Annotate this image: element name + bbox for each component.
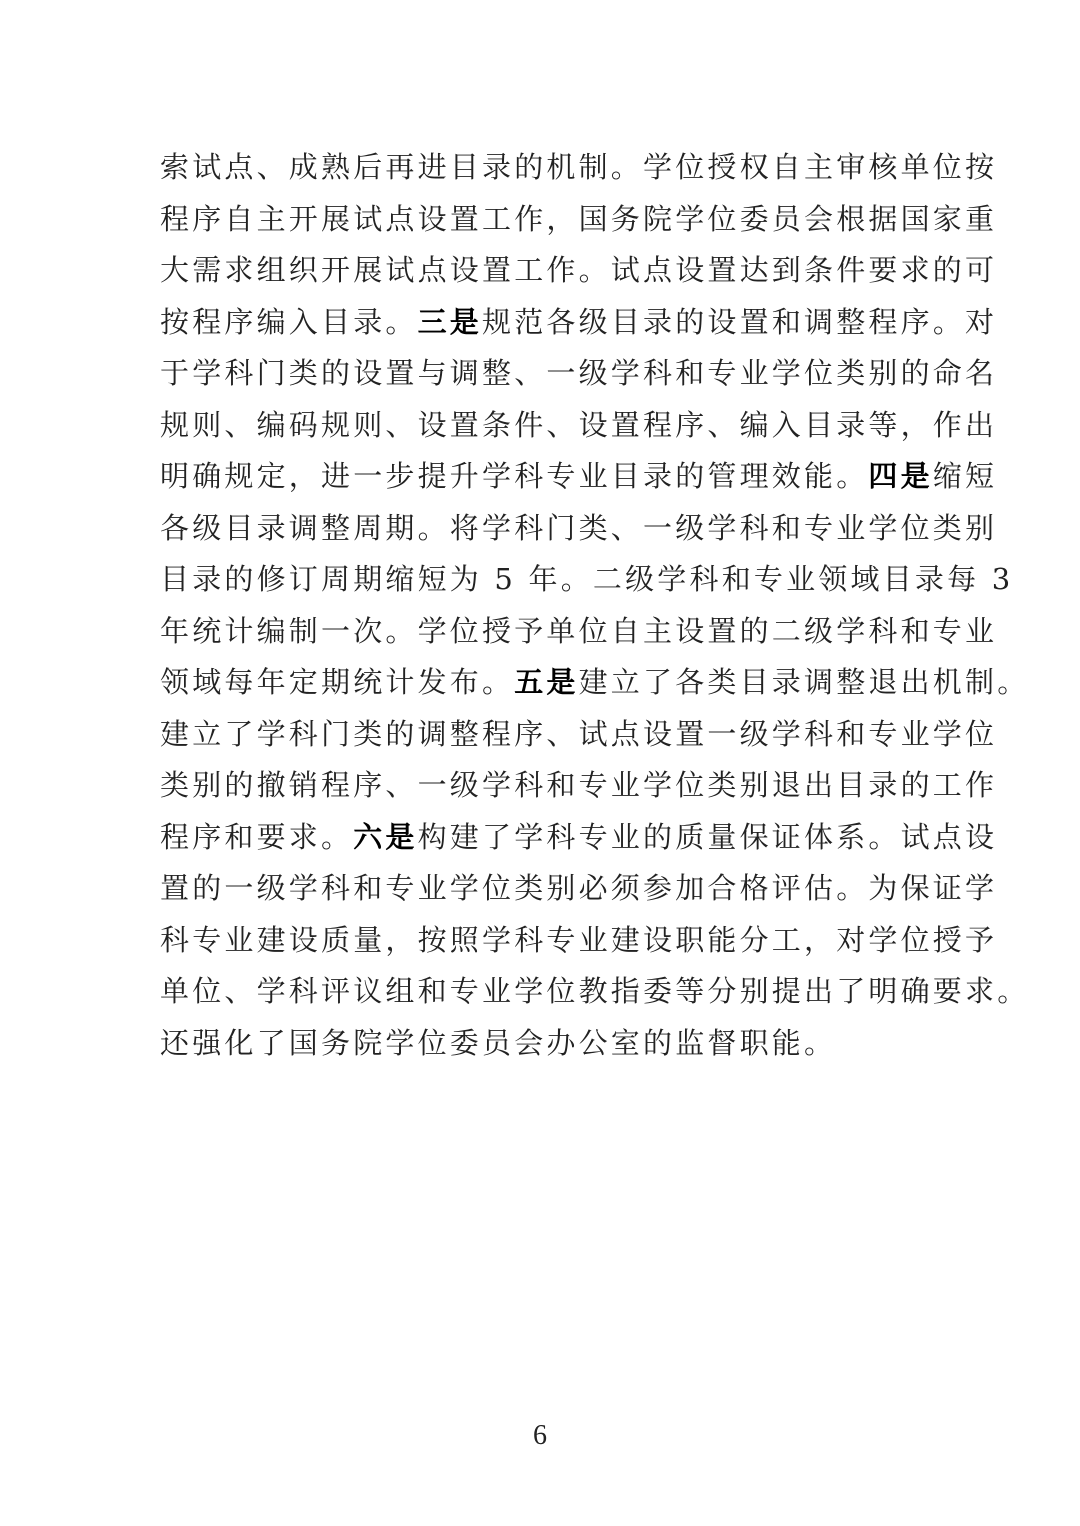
text-line: 科专业建设质量，按照学科专业建设职能分工，对学位授予 — [160, 915, 920, 967]
body-text: 索试点、成熟后再进目录的机制。学位授权自主审核单位按程序自主开展试点设置工作，国… — [160, 142, 920, 1069]
text-line: 年统计编制一次。学位授予单位自主设置的二级学科和专业 — [160, 606, 920, 658]
text-line: 各级目录调整周期。将学科门类、一级学科和专业学位类别 — [160, 503, 920, 555]
text-segment: 领域每年定期统计发布。 — [160, 665, 514, 699]
text-line: 类别的撤销程序、一级学科和专业学位类别退出目录的工作 — [160, 760, 920, 812]
bold-lead-phrase: 四是 — [868, 459, 932, 493]
text-line: 置的一级学科和专业学位类别必须参加合格评估。为保证学 — [160, 863, 920, 915]
text-line: 还强化了国务院学位委员会办公室的监督职能。 — [160, 1018, 920, 1070]
text-segment: 程序自主开展试点设置工作，国务院学位委员会根据国家重 — [160, 202, 997, 236]
bold-lead-phrase: 五是 — [514, 665, 578, 699]
text-segment: 单位、学科评议组和专业学位教指委等分别提出了明确要求。 — [160, 974, 1029, 1008]
text-line: 单位、学科评议组和专业学位教指委等分别提出了明确要求。 — [160, 966, 920, 1018]
text-line: 程序自主开展试点设置工作，国务院学位委员会根据国家重 — [160, 194, 920, 246]
text-line: 规则、编码规则、设置条件、设置程序、编入目录等，作出 — [160, 400, 920, 452]
text-line: 建立了学科门类的调整程序、试点设置一级学科和专业学位 — [160, 709, 920, 761]
text-segment: 规则、编码规则、设置条件、设置程序、编入目录等，作出 — [160, 408, 997, 442]
text-segment: 各级目录调整周期。将学科门类、一级学科和专业学位类别 — [160, 511, 997, 545]
text-segment: 程序和要求。 — [160, 820, 353, 854]
text-segment: 明确规定，进一步提升学科专业目录的管理效能。 — [160, 459, 868, 493]
text-segment: 置的一级学科和专业学位类别必须参加合格评估。为保证学 — [160, 871, 997, 905]
text-line: 按程序编入目录。三是规范各级目录的设置和调整程序。对 — [160, 297, 920, 349]
text-segment: 类别的撤销程序、一级学科和专业学位类别退出目录的工作 — [160, 768, 997, 802]
page-number: 6 — [0, 1420, 1080, 1452]
bold-lead-phrase: 三是 — [418, 305, 482, 339]
text-line: 领域每年定期统计发布。五是建立了各类目录调整退出机制。 — [160, 657, 920, 709]
text-segment: 索试点、成熟后再进目录的机制。学位授权自主审核单位按 — [160, 150, 997, 184]
text-segment: 建立了学科门类的调整程序、试点设置一级学科和专业学位 — [160, 717, 997, 751]
text-line: 索试点、成熟后再进目录的机制。学位授权自主审核单位按 — [160, 142, 920, 194]
bold-lead-phrase: 六是 — [353, 820, 417, 854]
text-segment: 大需求组织开展试点设置工作。试点设置达到条件要求的可 — [160, 253, 997, 287]
text-segment: 建立了各类目录调整退出机制。 — [579, 665, 1030, 699]
text-segment: 还强化了国务院学位委员会办公室的监督职能。 — [160, 1026, 836, 1060]
text-line: 程序和要求。六是构建了学科专业的质量保证体系。试点设 — [160, 812, 920, 864]
text-line: 大需求组织开展试点设置工作。试点设置达到条件要求的可 — [160, 245, 920, 297]
text-segment: 按程序编入目录。 — [160, 305, 418, 339]
text-segment: 缩短 — [933, 459, 997, 493]
document-page: 索试点、成熟后再进目录的机制。学位授权自主审核单位按程序自主开展试点设置工作，国… — [0, 0, 1080, 1526]
text-line: 明确规定，进一步提升学科专业目录的管理效能。四是缩短 — [160, 451, 920, 503]
text-segment: 目录的修订周期缩短为 5 年。二级学科和专业领域目录每 3 — [160, 562, 1013, 596]
text-line: 于学科门类的设置与调整、一级学科和专业学位类别的命名 — [160, 348, 920, 400]
text-line: 目录的修订周期缩短为 5 年。二级学科和专业领域目录每 3 — [160, 554, 920, 606]
text-segment: 规范各级目录的设置和调整程序。对 — [482, 305, 997, 339]
text-segment: 构建了学科专业的质量保证体系。试点设 — [418, 820, 998, 854]
text-segment: 年统计编制一次。学位授予单位自主设置的二级学科和专业 — [160, 614, 997, 648]
text-segment: 于学科门类的设置与调整、一级学科和专业学位类别的命名 — [160, 356, 997, 390]
text-segment: 科专业建设质量，按照学科专业建设职能分工，对学位授予 — [160, 923, 997, 957]
